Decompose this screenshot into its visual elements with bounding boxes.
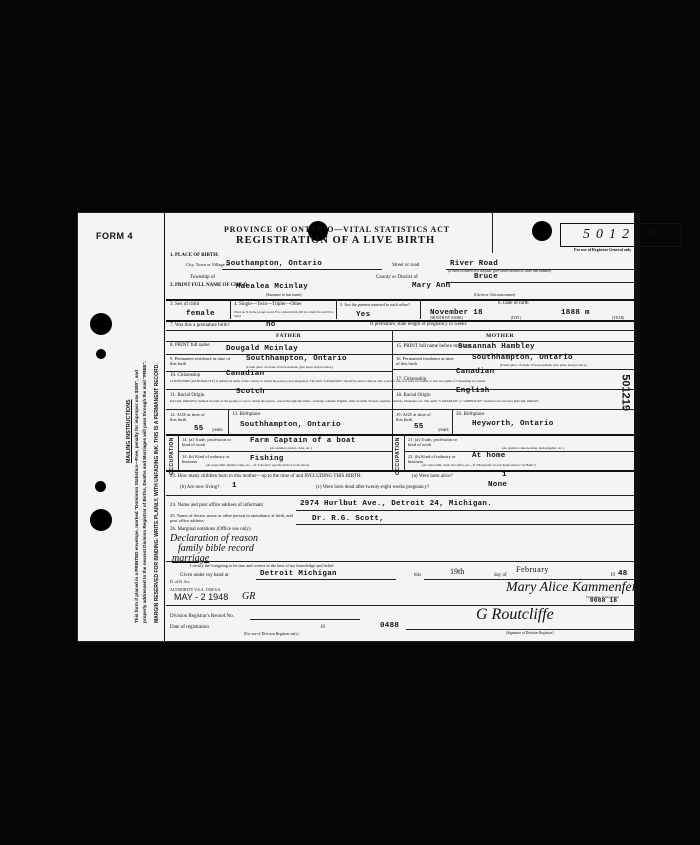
father-trade-label: 14. (a) Trade, profession or kind of wor… [182,437,232,447]
division-record-label: Division Registrar's Record No. [170,614,234,619]
mother-trade-note: (As operator, saleswoman, stenographer, … [502,446,564,450]
child-surname: Maealea Mcinlay [236,283,308,291]
date-registration-note: (For use of Division Registrar only) [244,632,299,636]
doctor-label: 25. Name of doctor, nurse or other perso… [170,513,300,523]
doctor-value: Dr. R.G. Scott, [312,515,384,523]
father-heading: FATHER [276,333,301,339]
surname-note: (Surname or last name) [266,293,302,297]
dob-act-stamp: D. of B. Act. [170,579,190,584]
code-stamp: 0088 18 [590,597,617,604]
father-residence: Southhampton, Ontario [246,355,347,363]
registration-note: For use of Registrar General only [574,247,631,252]
father-name: Dougald Mcinlay [226,345,298,353]
registration-number-box: 501219 [560,223,682,247]
county-value: Bruce [474,273,498,281]
mother-trade-label: 21. (a) Trade, profession or kind of wor… [408,437,462,447]
premature-value: no [266,321,276,329]
province-header: PROVINCE OF ONTARIO—VITAL STATISTICS ACT [224,225,450,234]
side-stamp-number: 501219 [620,374,632,411]
stillborn-value: None [488,481,507,489]
year-prefix: 19 [610,573,615,578]
birth-registration-form: FORM 4 MAILING INSTRUCTIONS This form if… [78,213,634,641]
born-alive-value: 1 [502,471,507,479]
mother-racial: English [456,387,490,395]
mother-residence-label: 16. Permanent residence at time of this … [396,356,458,366]
informant-signature: Mary Alice Kammenfer [506,580,637,596]
given-place: Detroit Michigan [260,570,337,578]
father-age-unit: years [212,428,223,433]
children-label: 23. How many children born to this mothe… [170,474,362,479]
township-label: Township of [190,275,215,280]
binding-margin: FORM 4 MAILING INSTRUCTIONS This form if… [78,213,165,641]
mother-industry-note: (As cotton mill, retail, law office, etc… [422,463,536,467]
mother-heading: MOTHER [486,333,514,339]
mother-age-unit: years [438,428,449,433]
margin-notice: MARGIN RESERVED FOR BINDING. WRITE PLAIN… [154,363,160,623]
city-label: City, Town or Village of [186,262,230,267]
mother-birthplace-label: 20. Birthplace [456,412,484,417]
father-trade-note: (As spinner, grader, clerk, etc.) [270,446,312,450]
sex-label: 3. Sex of child [170,302,199,307]
sex-value: female [186,310,215,318]
married-label: 5. Are the parents married to each other… [340,302,418,307]
living-label: (b) Are now living? [180,485,219,490]
auth-date: MAY - 2 1948 [174,592,228,602]
cert-year: 48 [618,570,628,578]
father-name-label: 8. PRINT full name [170,343,210,348]
dob-label: 6. Date of birth [498,301,529,306]
auth-initials: GR [242,591,255,602]
father-birthplace-label: 13. Birthplace [232,412,260,417]
form-body: PROVINCE OF ONTARIO—VITAL STATISTICS ACT… [166,213,634,641]
premature-label: 7. Was this a premature birth? [170,323,230,328]
father-residence-label: 9. Permanent residence at time of this b… [170,356,232,366]
given-label: Given under my hand at [180,573,228,578]
place-of-birth-label: 1. PLACE OF BIRTH: [170,253,219,258]
informant-address: 2974 Hurlbut Ave., Detroit 24, Michigan. [300,500,492,508]
form-title: REGISTRATION OF A LIVE BIRTH [236,235,435,246]
mother-age-label: 19. AGE at time of this birth [396,412,436,422]
father-age-label: 12. AGE at time of this birth [170,412,210,422]
registrar-signature: G Routcliffe [476,606,554,624]
father-industry-note: (As paper mill, lumber, bank, etc.—If "L… [206,463,309,467]
registrar-note: (Signature of Division Registrar) [506,631,553,635]
cert-day: 19th [450,567,464,576]
father-citizenship: Canadian [226,370,264,378]
certify-text: I certify the foregoing to be true and c… [190,563,335,568]
informant-label: 24. Name and post office address of info… [170,503,263,508]
given-note: (Given or Christian names) [474,293,515,297]
street-label: Street or road [392,263,419,268]
racial-note: RACIAL ORIGIN is defined in terms of the… [170,399,630,403]
mailing-heading: MAILING INSTRUCTIONS [126,399,132,463]
father-citizenship-label: 10. Citizenship [170,373,200,378]
mailing-text-1: This form if placed in a PRINTED envelop… [134,370,139,623]
mother-age: 55 [414,423,424,431]
form-number: FORM 4 [96,231,133,241]
mother-industry: At home [472,452,506,460]
mother-residence-note: (Usual place of abode. If non-resident, … [500,363,587,367]
plurality-note: Place an X in the proper word. For a plu… [234,310,334,318]
street-value: River Road [450,260,498,268]
father-industry: Fishing [250,455,284,463]
date-registration-prefix: 19 [320,625,325,630]
day-of-label: day of [494,573,507,578]
father-age: 55 [194,425,204,433]
cert-month: February [516,565,549,574]
born-alive-label: (a) Were born alive? [412,474,453,479]
mother-birthplace: Heyworth, Ontario [472,420,554,428]
father-racial: Scotch [236,388,265,396]
mother-citizenship: Canadian [456,368,494,376]
county-label: County or District of [376,275,418,280]
plurality-label: 4. Single—Twin—Triplet—Other [234,302,302,307]
married-value: Yes [356,311,370,319]
father-residence-note: (Usual place of abode. If non-resident, … [246,365,333,369]
dob-year: 1888 m [561,309,590,317]
mother-name: Susannah Hambley [458,343,535,351]
city-value: Southampton, Ontario [226,260,322,268]
child-given-names: Mary Ann [412,282,450,290]
mailing-text-2: properly addressed to the nearest Divisi… [142,361,147,623]
father-birthplace: Southhampton, Ontario [240,421,341,429]
marginal-label: 26. Marginal notations (Office use only) [170,527,251,532]
citizenship-note: CITIZENSHIP (NATIONALITY) is defined in … [170,379,630,383]
mother-residence: Southhampton, Ontario [472,354,573,362]
this-label: this [414,573,421,578]
father-trade: Farm Captain of a boat [250,437,356,445]
registration-code: 0488 [380,622,399,630]
living-value: 1 [232,482,237,490]
stillborn-label: (c) Were born dead after twenty-eight we… [316,485,429,490]
date-registration-label: Date of registration [170,625,209,630]
registration-number: 501219 [583,227,661,243]
premature-note: If premature, state length of pregnancy … [370,322,467,327]
mother-racial-label: 18. Racial Origin [396,393,431,398]
father-racial-label: 11. Racial Origin [170,393,204,398]
